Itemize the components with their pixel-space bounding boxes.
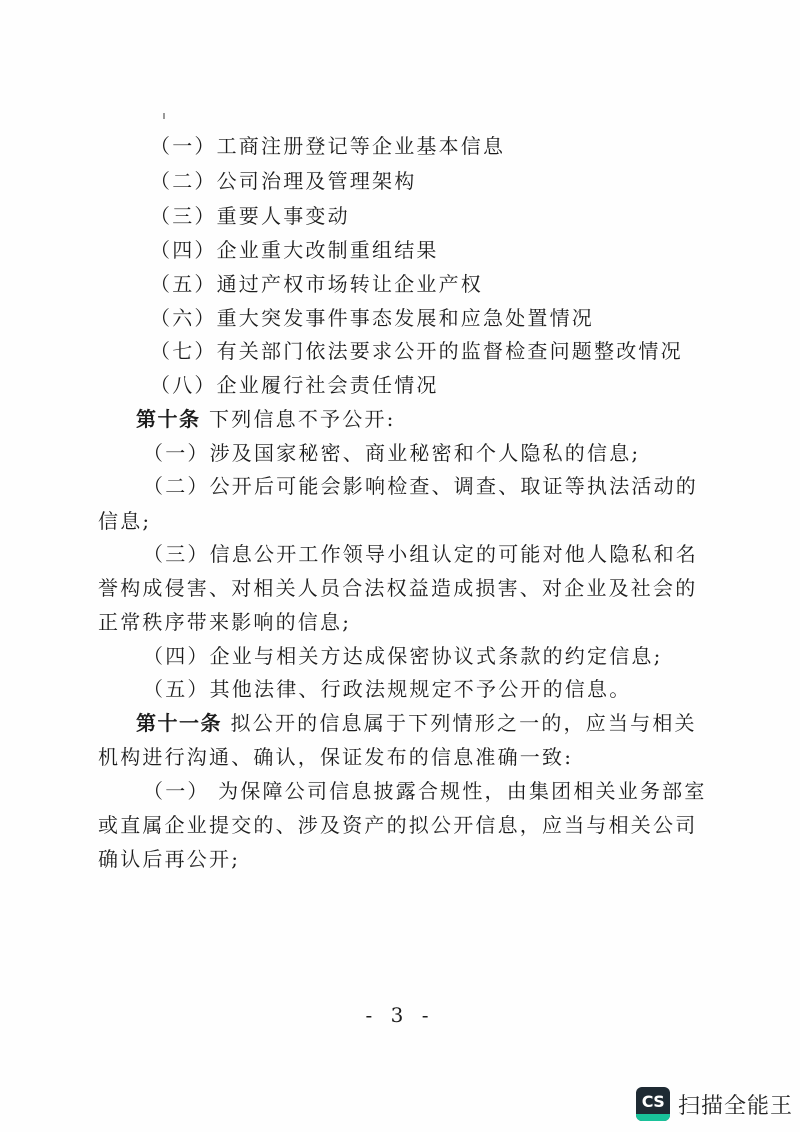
- text-line: （六）重大突发事件事态发展和应急处置情况: [150, 305, 594, 331]
- text-line: （五）通过产权市场转让企业产权: [150, 271, 483, 297]
- page-number: - 3 -: [0, 1003, 800, 1027]
- text-line: （八）企业履行社会责任情况: [150, 372, 439, 398]
- article-10-text: 下列信息不予公开:: [201, 407, 396, 431]
- scanned-document-page: （一）工商注册登记等企业基本信息（二）公司治理及管理架构（三）重要人事变动（四）…: [0, 0, 800, 1132]
- logo-accent-bar: [636, 1114, 670, 1121]
- text-line: 信息;: [98, 508, 151, 534]
- camscanner-watermark: CS 扫描全能王: [636, 1084, 793, 1124]
- article-10-heading: 第十条 下列信息不予公开:: [136, 406, 396, 432]
- text-line: （七）有关部门依法要求公开的监督检查问题整改情况: [150, 338, 683, 364]
- text-line: 或直属企业提交的、涉及资产的拟公开信息，应当与相关公司: [98, 812, 697, 838]
- article-10-number: 第十条: [136, 407, 201, 431]
- logo-text: CS: [642, 1092, 665, 1111]
- camscanner-logo-icon: CS: [636, 1087, 670, 1121]
- text-line: 正常秩序带来影响的信息;: [98, 609, 351, 635]
- article-11-heading: 第十一条 拟公开的信息属于下列情形之一的，应当与相关: [136, 710, 697, 736]
- article-11-text: 拟公开的信息属于下列情形之一的，应当与相关: [222, 711, 697, 735]
- text-line: （一） 为保障公司信息披露合规性，由集团相关业务部室: [143, 778, 707, 804]
- text-line: （四）企业与相关方达成保密协议式条款的约定信息;: [143, 643, 663, 669]
- text-line: （二）公开后可能会影响检查、调查、取证等执法活动的: [143, 473, 698, 499]
- text-line: （五）其他法律、行政法规规定不予公开的信息。: [143, 676, 631, 702]
- text-line: （一）工商注册登记等企业基本信息: [150, 133, 505, 159]
- text-line: （三）重要人事变动: [150, 203, 350, 229]
- watermark-label: 扫描全能王: [678, 1089, 793, 1120]
- scan-artifact: [163, 113, 165, 119]
- text-line: 确认后再公开;: [98, 846, 240, 872]
- text-line: （四）企业重大改制重组结果: [150, 237, 439, 263]
- text-line: 誉构成侵害、对相关人员合法权益造成损害、对企业及社会的: [98, 575, 697, 601]
- article-11-number: 第十一条: [136, 711, 222, 735]
- text-line: （一）涉及国家秘密、商业秘密和个人隐私的信息;: [143, 440, 640, 466]
- text-line: （三）信息公开工作领导小组认定的可能对他人隐私和名: [143, 541, 698, 567]
- text-line: 机构进行沟通、确认，保证发布的信息准确一致:: [98, 744, 573, 770]
- text-line: （二）公司治理及管理架构: [150, 168, 416, 194]
